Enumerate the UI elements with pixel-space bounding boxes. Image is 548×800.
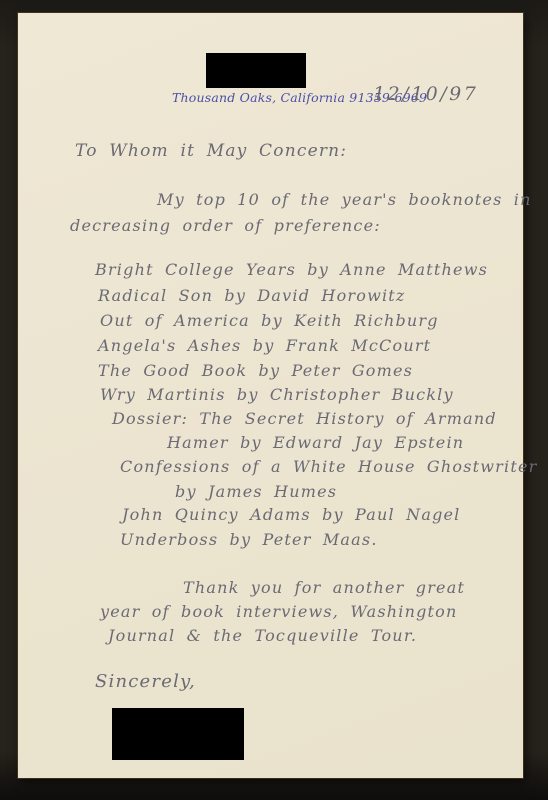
- letter-photo: Thousand Oaks, California 91359-6969 12/…: [0, 0, 548, 800]
- book-list-line: by James Humes: [175, 482, 337, 501]
- intro-line: decreasing order of preference:: [70, 216, 381, 235]
- letter-date: 12/10/97: [373, 83, 478, 105]
- book-list-line: Hamer by Edward Jay Epstein: [167, 433, 464, 452]
- redaction-box-signature: [112, 708, 244, 760]
- book-list-line: John Quincy Adams by Paul Nagel: [122, 505, 461, 524]
- book-list-line: Dossier: The Secret History of Armand: [112, 409, 497, 428]
- closing-line: Thank you for another great: [183, 578, 465, 597]
- signoff: Sincerely,: [95, 671, 196, 692]
- closing-line: Journal & the Tocqueville Tour.: [108, 626, 417, 645]
- letter-paper: Thousand Oaks, California 91359-6969 12/…: [18, 13, 523, 778]
- book-list-line: Confessions of a White House Ghostwriter: [120, 457, 537, 476]
- book-list-line: Radical Son by David Horowitz: [98, 286, 406, 305]
- book-list-line: The Good Book by Peter Gomes: [98, 361, 413, 380]
- redaction-box-top: [206, 53, 306, 88]
- book-list-line: Angela's Ashes by Frank McCourt: [98, 336, 431, 355]
- book-list-line: Wry Martinis by Christopher Buckly: [100, 385, 454, 404]
- book-list-line: Out of America by Keith Richburg: [100, 311, 439, 330]
- intro-line: My top 10 of the year's booknotes in: [157, 190, 532, 209]
- letterhead-city-line: Thousand Oaks, California 91359-6969: [172, 90, 372, 105]
- book-list-line: Bright College Years by Anne Matthews: [95, 260, 488, 279]
- salutation: To Whom it May Concern:: [75, 141, 347, 161]
- book-list-line: Underboss by Peter Maas.: [120, 530, 378, 549]
- closing-line: year of book interviews, Washington: [100, 602, 458, 621]
